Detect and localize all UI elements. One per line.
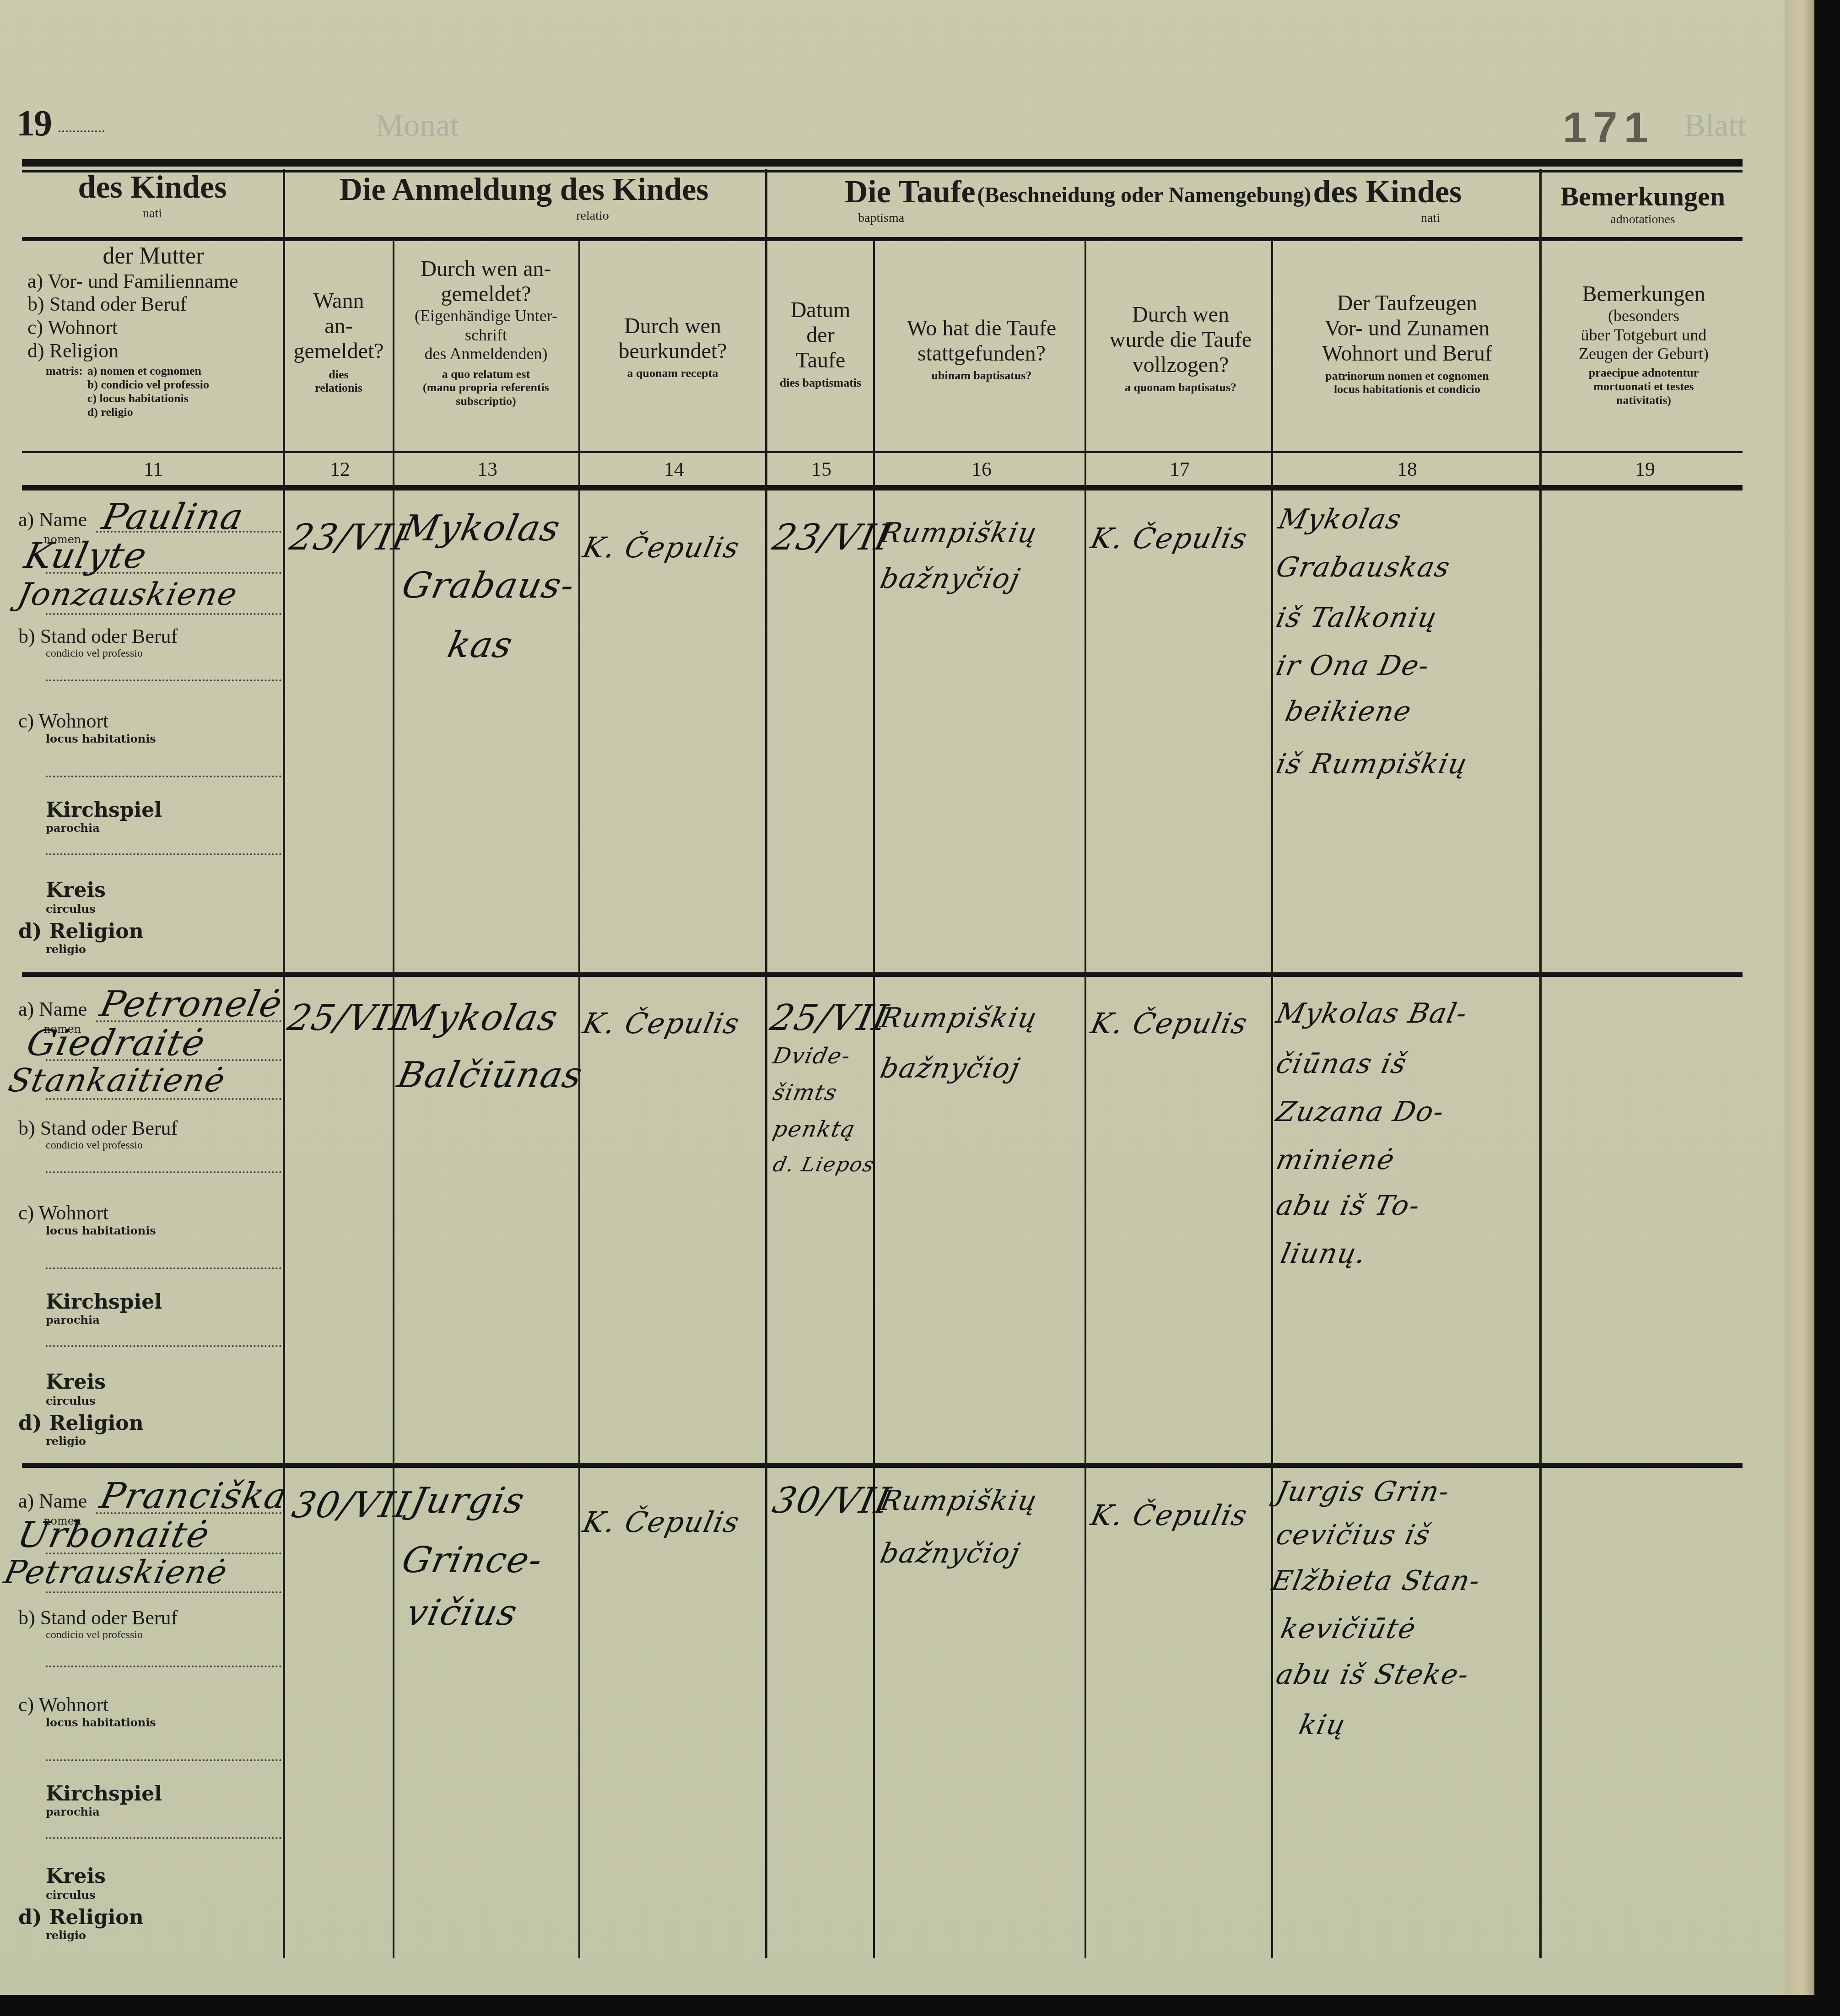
hw-godparent-line: kių [1296,1709,1349,1741]
col-header-13: Durch wen an- gemeldet? (Eigenhändige Un… [394,256,577,408]
label-name: a) Name [18,997,87,1021]
fill-line [46,1171,281,1173]
group-title: Die Anmeldung des Kindes [284,172,764,209]
hw-godparent-line: Grabauskas [1273,551,1454,583]
col-latin: d) religio [87,405,209,419]
hw-baptized-by: K. Čepulis [1088,1499,1251,1532]
col-item: b) Stand oder Beruf [27,293,279,316]
fill-line [46,1345,281,1347]
label-kreis: Kreis [46,1865,106,1888]
hw-registered-by: Mykolas [398,508,564,549]
col-header-18: Der Taufzeugen Vor- und Zunamen Wohnort … [1274,291,1540,396]
folio-stamp: 171 [1563,103,1655,153]
col-latin: a quonam recepta [581,367,764,380]
col-line: (besonders [1543,307,1744,325]
col-line: Der Taufzeugen [1274,291,1540,316]
hw-godparent-line: čiūnas iš [1273,1048,1410,1080]
col-header-12: Wann an- gemeldet? dies relationis [286,288,391,395]
hw-godparent-line: Mykolas [1276,503,1405,535]
col-line: Zeugen der Geburt) [1543,345,1744,363]
hw-registered-by: vičius [403,1592,521,1633]
label-kreis: Kreis [46,1370,106,1394]
hw-registered-by: Mykolas [396,997,562,1039]
label-kreis-latin: circulus [46,1888,96,1902]
col-item: a) Vor- und Familienname [27,270,279,293]
column-number: 12 [317,458,363,481]
col-line: gemeldet? [394,281,577,307]
col-latin: ubinam baptisatus? [876,369,1087,383]
hw-recorded-by: K. Čepulis [580,531,743,564]
col-latin: dies [286,368,391,382]
label-religion: d) Religion [18,920,144,943]
col-line: (Eigenhändige Unter- [394,307,577,325]
label-stand-latin: condicio vel professio [46,647,143,660]
col-divider [765,169,767,1958]
bleed-through-text: Blatt [1684,108,1746,144]
hw-baptism-place: Rumpiškių [878,1002,1041,1034]
row-separator [22,972,1743,977]
label-kreis-latin: circulus [46,902,96,916]
hw-mother-firstname: Pranciška [96,1476,291,1517]
label-religion: d) Religion [18,1906,144,1929]
hw-registered-by: Balčiūnas [394,1055,587,1096]
col-line: wurde die Taufe [1089,327,1272,352]
group-latin: nati [1421,211,1440,226]
label-kreis: Kreis [46,879,106,902]
col-latin: mortuonati et testes [1543,380,1744,393]
col-line: an- [286,313,391,339]
group-header-rule [22,237,1743,241]
col-header-11: der Mutter a) Vor- und Familienname b) S… [27,243,279,419]
col-line: Taufe [768,348,873,373]
label-kirchspiel-latin: parochia [46,1313,100,1326]
col-line: der [768,323,873,348]
column-number: 18 [1384,458,1430,481]
hw-godparent-line: abu iš To- [1273,1190,1424,1222]
hw-godparent-line: iš Talkonių [1273,602,1441,634]
col-latin-prefix: matris: [46,364,83,419]
col-latin: a quo relatum est [394,367,577,381]
label-stand: b) Stand oder Beruf [18,1116,178,1140]
col-line: Wohnort und Beruf [1274,341,1540,366]
hw-baptism-date: 30/VII [769,1480,895,1521]
column-number: 11 [130,458,176,481]
col-latin: (manu propria referentis [394,381,577,394]
col-line: beurkundet? [581,339,764,364]
col-header-15: Datum der Taufe dies baptismatis [768,297,873,389]
group-title: des Kindes [22,169,283,206]
year-dots [59,130,104,132]
col-line: vollzogen? [1089,352,1272,377]
label-religion: d) Religion [18,1412,144,1435]
label-kirchspiel: Kirchspiel [46,1290,162,1314]
label-stand-latin: condicio vel professio [46,1139,143,1152]
hw-mother-firstname: Petronelė [96,984,286,1025]
hw-mother-maiden: Giedraitė [23,1023,209,1064]
fill-line [46,679,281,681]
hw-godparent-line: abu iš Steke- [1273,1659,1473,1691]
label-name: a) Name [18,1489,87,1513]
column-number: 13 [464,458,510,481]
hw-godparent-line: Elžbieta Stan- [1269,1565,1484,1597]
hw-godparent-line: Mykolas Bal- [1273,997,1471,1030]
col-line: Durch wen [1089,302,1272,327]
hw-baptized-by: K. Čepulis [1088,522,1251,555]
col-latin: dies baptismatis [768,376,873,390]
label-religion-latin: religio [46,1434,86,1448]
label-kirchspiel-latin: parochia [46,1805,100,1818]
hw-baptism-date-note: d. Liepos [771,1153,877,1176]
group-title: Die Taufe [845,174,976,210]
label-wohnort: c) Wohnort [18,1693,108,1716]
group-header-anmeldung: Die Anmeldung des Kindes relatio [284,172,764,223]
hw-godparent-line: cevičius iš [1273,1519,1434,1551]
hw-baptism-place: Rumpiškių [878,1485,1041,1517]
label-kreis-latin: circulus [46,1394,96,1407]
hw-registered-by: Grince- [398,1540,546,1581]
fill-line [46,613,281,615]
hw-baptism-date: 23/VII [769,517,895,558]
col-latin: c) locus habitationis [87,392,209,405]
scan-border [0,1995,1840,2016]
hw-mother-firstname: Paulina [98,496,247,538]
col-item: c) Wohnort [27,316,279,340]
fill-line [46,1591,281,1593]
hw-godparent-line: Jurgis Grin- [1273,1476,1453,1508]
hw-registered-by: Jurgis [407,1480,529,1521]
column-number: 17 [1157,458,1203,481]
label-wohnort-latin: locus habitationis [46,1224,156,1237]
hw-godparent-line: minienė [1273,1144,1398,1176]
col-line: Bemerkungen [1543,281,1744,307]
col-divider [283,169,285,1958]
label-stand-latin: condicio vel professio [46,1629,143,1641]
group-latin: nati [22,206,283,221]
hw-godparent-line: ir Ona De- [1273,650,1433,682]
hw-registered-date: 25/VII [284,997,410,1039]
fill-line [46,1759,281,1761]
hw-registered-date: 23/VII [286,517,412,558]
col-latin: a quonam baptisatus? [1089,381,1272,394]
bleed-through-text: Monat [375,108,459,144]
label-wohnort: c) Wohnort [18,1201,108,1224]
hw-mother-maiden: Urbonaitė [14,1515,213,1556]
col-line: Wann [286,288,391,313]
label-wohnort: c) Wohnort [18,709,108,733]
label-religion-latin: religio [46,1929,86,1942]
col-divider [1085,240,1086,1958]
column-number: 19 [1622,458,1668,481]
col-line: über Totgeburt und [1543,326,1744,345]
hw-registered-by: kas [444,625,517,666]
label-wohnort-latin: locus habitationis [46,732,156,745]
hw-registered-by: Grabaus- [398,565,578,606]
top-rule-thick [22,159,1743,167]
hw-recorded-by: K. Čepulis [580,1505,743,1539]
col-line: des Anmeldenden) [394,345,577,363]
hw-mother-surname: Petrauskienė [0,1553,231,1591]
year-prefix: 19 [16,103,51,145]
col-divider [1539,169,1542,1958]
group-header-kindes: des Kindes nati [22,169,283,221]
col-line: schrift [394,326,577,345]
hw-mother-surname: Jonzauskiene [15,577,241,613]
label-kirchspiel-latin: parochia [46,821,100,835]
label-stand: b) Stand oder Beruf [18,625,178,648]
col-line: Vor- und Zunamen [1274,316,1540,341]
fill-line [46,1837,281,1839]
hw-baptized-by: K. Čepulis [1088,1007,1251,1040]
col-divider [1271,240,1273,1958]
col-latin: subscriptio) [394,394,577,408]
group-title-end: des Kindes [1313,174,1462,210]
col-header-17: Durch wen wurde die Taufe vollzogen? a q… [1089,302,1272,394]
group-header-bemerkungen: Bemerkungen adnotationes [1542,181,1743,227]
hw-registered-date: 30/VII [288,1485,414,1526]
fill-line [46,1666,281,1667]
col-line: Durch wen [581,313,764,339]
hw-mother-surname: Stankaitienė [5,1062,229,1099]
group-latin: adnotationes [1542,212,1743,227]
col-latin: patrinorum nomen et cognomen [1274,369,1540,383]
group-title: Bemerkungen [1542,181,1743,212]
label-name: a) Name [18,508,87,531]
hw-godparent-line: Zuzana Do- [1273,1096,1448,1128]
col-latin: praecipue adnotentur [1543,366,1744,380]
register-page: 19 Monat 171 Blatt des Kindes nati Die A… [0,0,1814,1995]
label-wohnort-latin: locus habitationis [46,1716,156,1729]
colnum-top-rule [22,451,1743,453]
column-number: 15 [799,458,844,481]
col-latin: b) condicio vel professio [87,378,209,392]
label-kirchspiel: Kirchspiel [46,1782,162,1806]
hw-baptism-place: bažnyčioj [878,1052,1024,1084]
group-latin: baptisma [858,211,904,226]
group-latin: relatio [421,209,764,223]
label-religion-latin: religio [46,943,86,956]
group-header-taufe: Die Taufe (Beschneidung oder Namengebung… [766,174,1540,229]
col-divider [873,240,875,1958]
col-line: gemeldet? [286,339,391,364]
hw-baptism-date: 25/VII [766,997,892,1039]
col-line: Wo hat die Taufe [876,316,1087,341]
fill-line [46,853,281,855]
hw-baptism-date-note: šimts [771,1080,840,1105]
col-latin: a) nomen et cognomen [87,364,209,378]
col-latin: nativitatis) [1543,393,1744,407]
hw-recorded-by: K. Čepulis [580,1007,743,1040]
rows-top-rule [22,485,1743,491]
group-title-paren: (Beschneidung oder Namengebung) [977,183,1311,207]
fill-line [46,1267,281,1269]
col-latin: relationis [286,381,391,395]
hw-godparent-line: iš Rumpiškių [1273,748,1471,780]
hw-godparent-line: liunų. [1278,1238,1370,1270]
hw-baptism-place: bažnyčioj [878,563,1024,595]
row-separator [22,1463,1743,1468]
column-number: 14 [651,458,697,481]
col-line: Datum [768,297,873,323]
hw-baptism-date-note: penktą [771,1116,858,1142]
hw-baptism-place: Rumpiškių [878,517,1041,549]
col-header-19: Bemerkungen (besonders über Totgeburt un… [1543,281,1744,407]
hw-mother-maiden: Kulyte [21,535,151,577]
label-stand: b) Stand oder Beruf [18,1606,178,1629]
label-kirchspiel: Kirchspiel [46,798,162,822]
col-header-14: Durch wen beurkundet? a quonam recepta [581,313,764,380]
col-title: der Mutter [27,243,279,270]
col-header-16: Wo hat die Taufe stattgefunden? ubinam b… [876,316,1087,383]
hw-godparent-line: kevičiūtė [1278,1613,1419,1645]
hw-godparent-line: beikiene [1283,695,1415,728]
col-divider [393,240,394,1958]
hw-baptism-date-note: Dvide- [771,1043,853,1069]
col-item: d) Religion [27,340,279,363]
fill-line [46,776,281,777]
col-divider [578,240,580,1958]
column-number: 16 [959,458,1004,481]
col-latin: locus habitationis et condicio [1274,383,1540,396]
page-edge [1785,0,1814,1995]
col-line: stattgefunden? [876,341,1087,366]
hw-baptism-place: bažnyčioj [878,1537,1024,1569]
col-line: Durch wen an- [394,256,577,281]
